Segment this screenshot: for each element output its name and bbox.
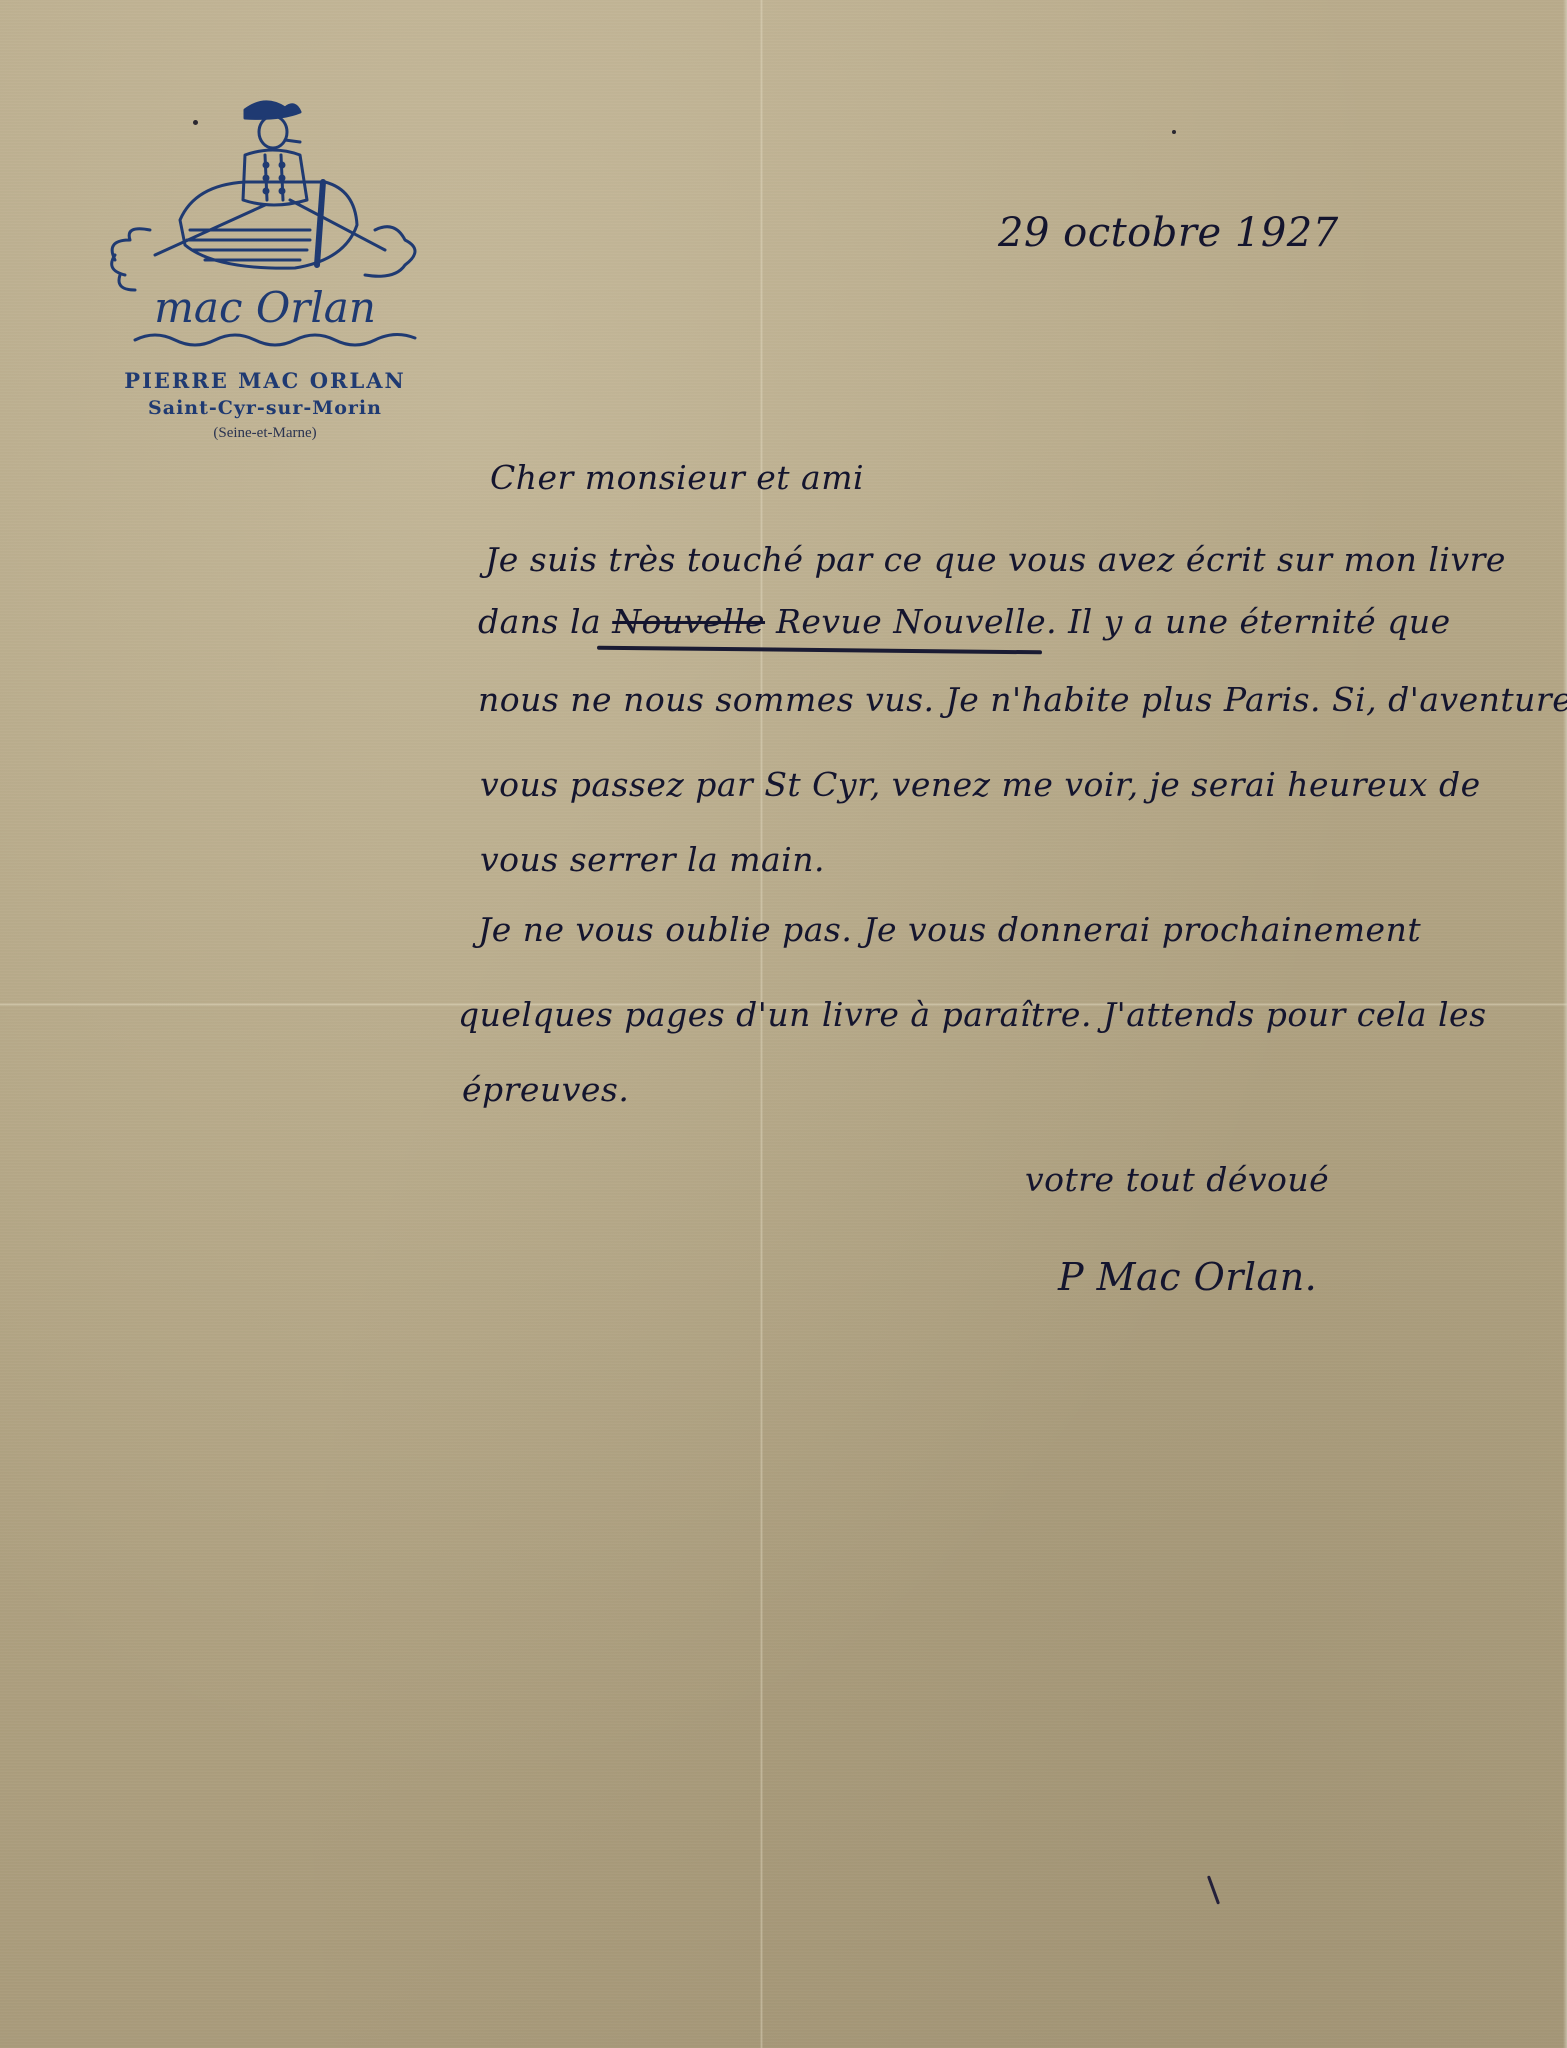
letter-line-4: vous passez par St Cyr, venez me voir, j… — [480, 765, 1481, 804]
ink-speck — [1172, 130, 1176, 134]
svg-text:mac Orlan: mac Orlan — [154, 283, 376, 332]
letter-line-7: quelques pages d'un livre à paraître. J'… — [458, 995, 1487, 1034]
letterhead: mac Orlan PIERRE MAC ORLAN Saint-Cyr-sur… — [85, 90, 445, 442]
letter-date: 29 octobre 1927 — [998, 210, 1339, 256]
letterhead-town: Saint-Cyr-sur-Morin — [85, 397, 445, 419]
letterhead-department: (Seine-et-Marne) — [85, 425, 445, 442]
letter-line-8: épreuves. — [462, 1070, 629, 1109]
letterhead-name: PIERRE MAC ORLAN — [85, 368, 445, 393]
letter-salutation: Cher monsieur et ami — [490, 458, 864, 497]
paper-edge — [1563, 0, 1567, 2048]
letter-line-5: vous serrer la main. — [480, 840, 825, 879]
letter-line-2: dans la Nouvelle Revue Nouvelle. Il y a … — [478, 602, 1451, 641]
letter-line-1: Je suis très touché par ce que vous avez… — [485, 540, 1506, 579]
struck-word: Nouvelle — [612, 602, 765, 641]
line-2-start: dans la — [478, 602, 601, 641]
letter-closing: votre tout dévoué — [1025, 1160, 1329, 1199]
sailor-in-rowboat-emblem-icon: mac Orlan — [95, 90, 435, 350]
letter-line-3: nous ne nous sommes vus. Je n'habite plu… — [478, 680, 1567, 719]
letter-signature: P Mac Orlan. — [1058, 1255, 1317, 1299]
line-2-end: . Il y a une éternité que — [1046, 602, 1450, 641]
journal-title: Revue Nouvelle — [776, 602, 1046, 641]
letter-line-6: Je ne vous oublie pas. Je vous donnerai … — [478, 910, 1421, 949]
